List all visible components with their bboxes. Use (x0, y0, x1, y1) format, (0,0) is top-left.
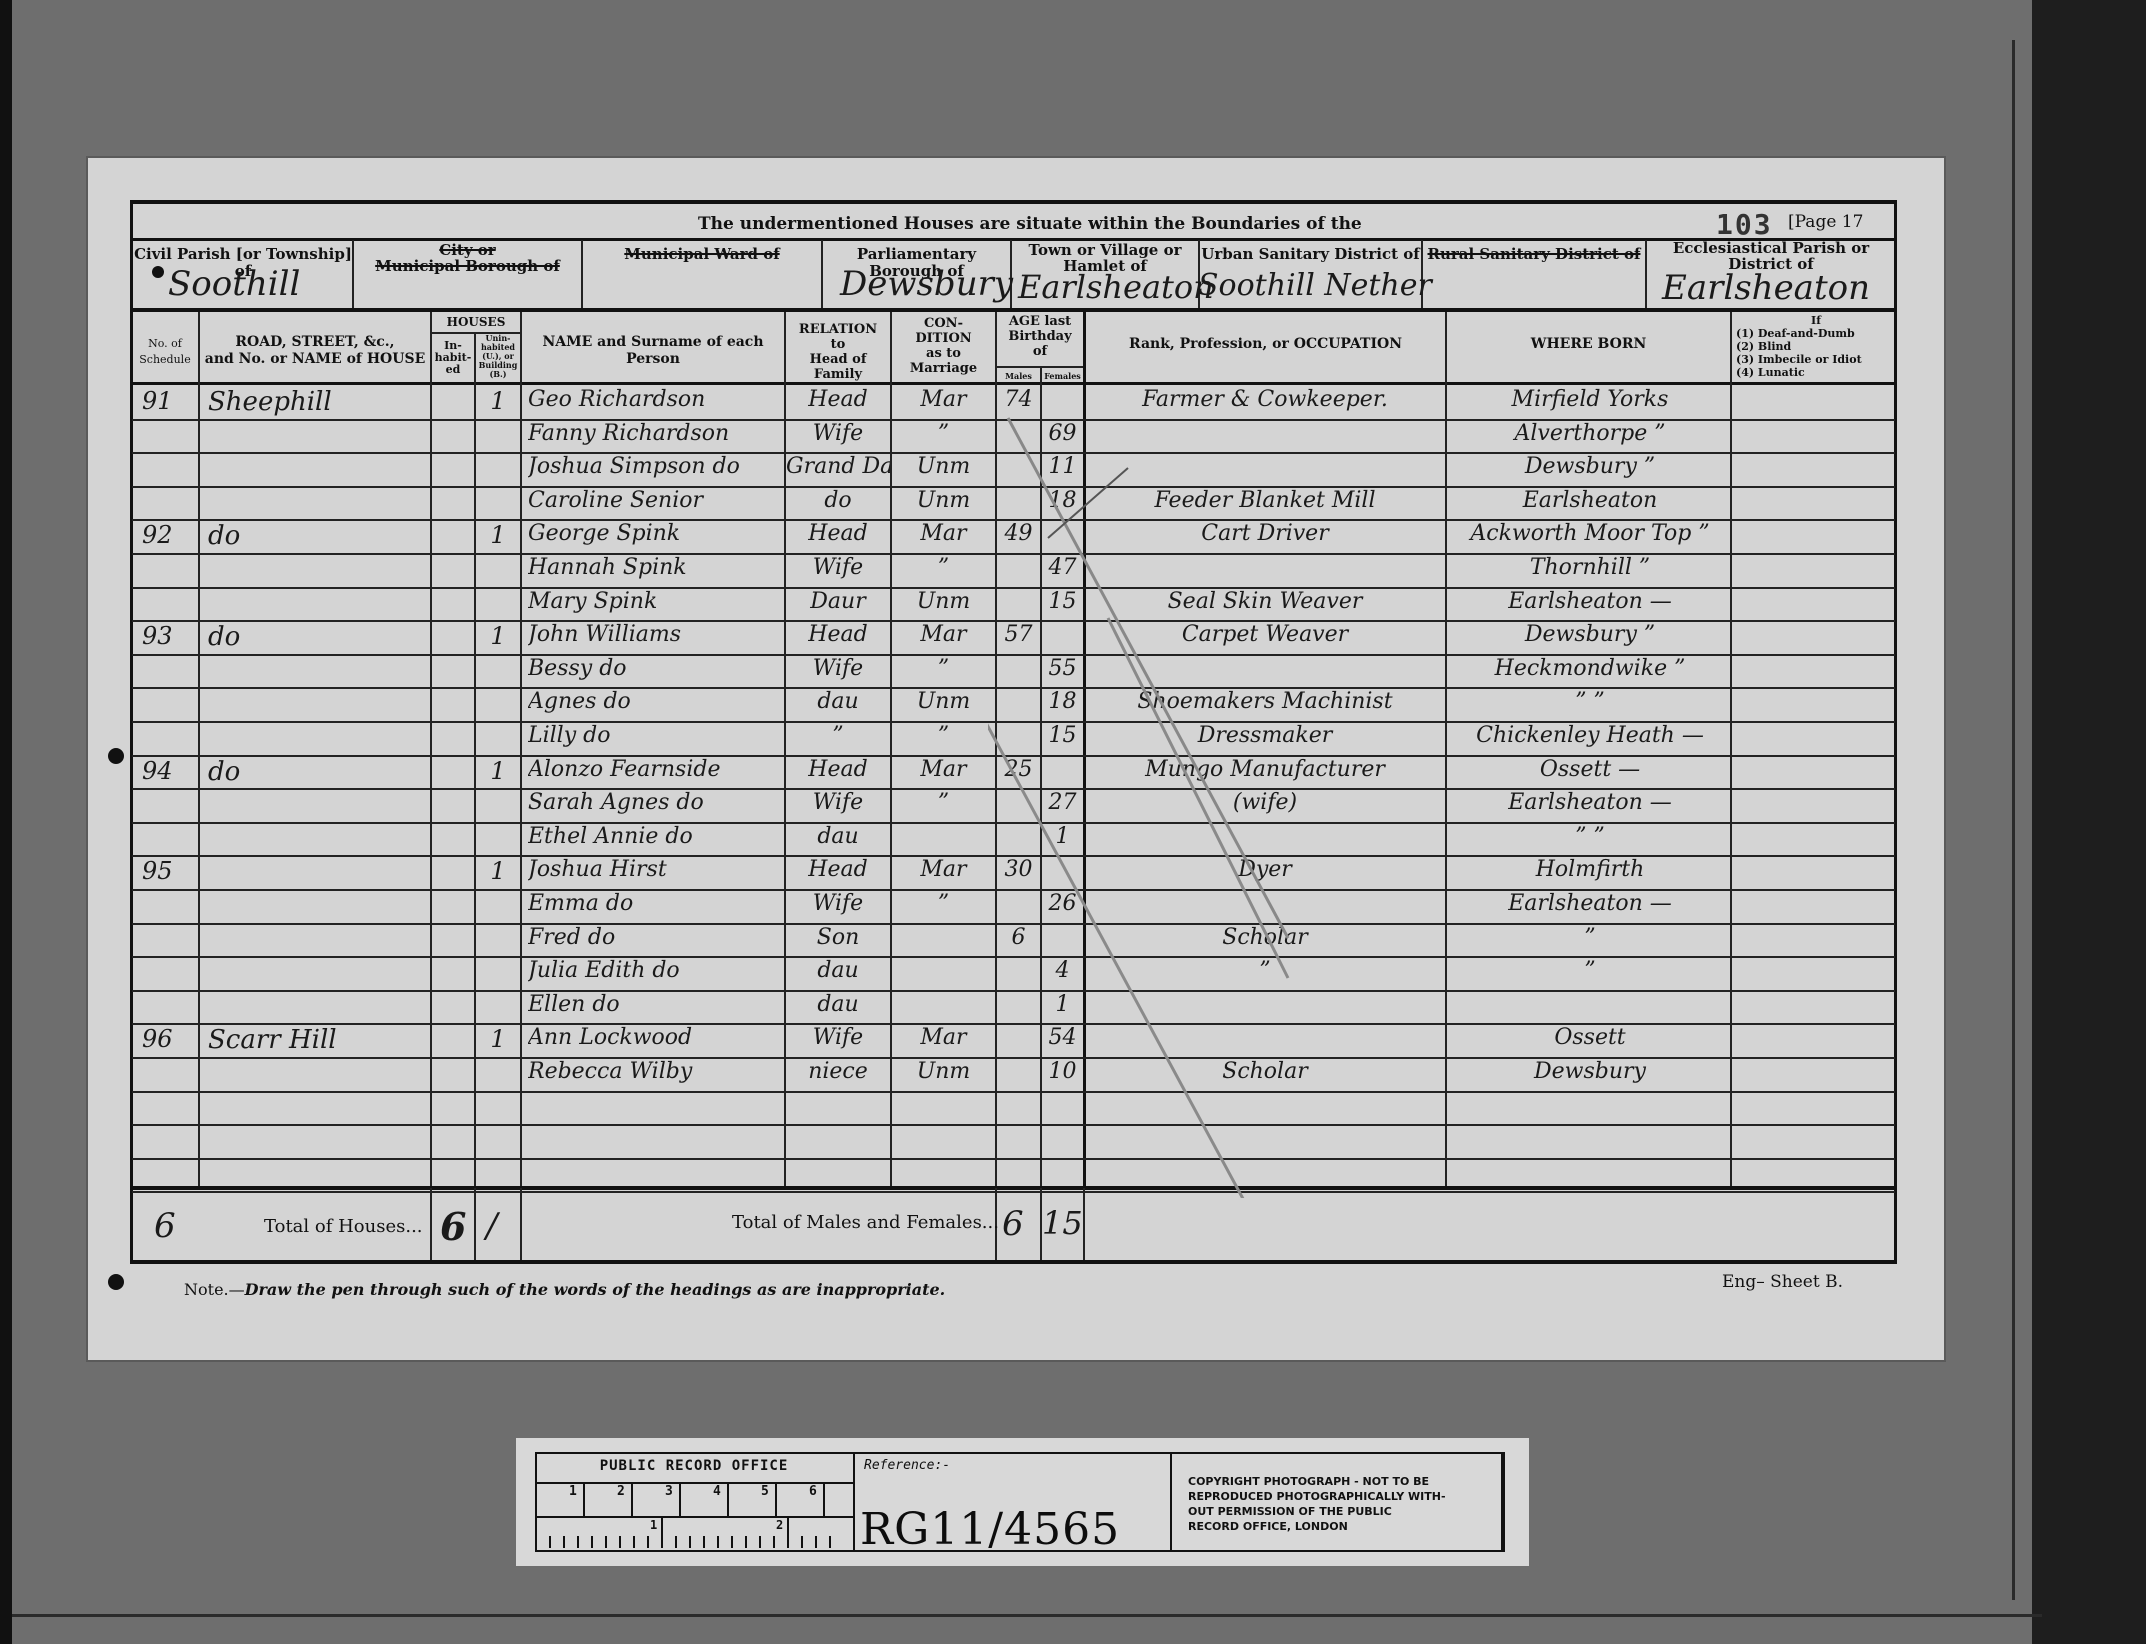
title-row-rule (130, 238, 1897, 241)
cell-name: Ellen do (528, 992, 784, 1017)
col-header-road-l1: ROAD, STREET, &c., (200, 334, 430, 351)
cell-condition: Mar (892, 857, 995, 882)
cell-inhabited: 1 (476, 387, 520, 415)
scale-number: 3 (665, 1484, 673, 1499)
ruler-tick (577, 1536, 579, 1548)
cell-relation: dau (786, 958, 890, 983)
region-parl-borough-value: Dewsbury (840, 264, 1013, 304)
cell-road: do (208, 622, 428, 652)
cell-road: Sheephill (208, 387, 428, 417)
cell-where-born: Earlsheaton — (1450, 790, 1730, 815)
cell-relation: do (786, 488, 890, 513)
ruler-tick (563, 1536, 565, 1548)
ruler-tick (633, 1536, 635, 1548)
col-header-schedule: No. of Schedule (132, 336, 198, 368)
totals-divider (520, 1188, 522, 1260)
region-ward-heading: Municipal Ward of (583, 246, 821, 263)
ruler-tick (759, 1536, 761, 1548)
scale-tick (631, 1484, 633, 1516)
l2: Birthday (997, 329, 1083, 344)
copyright-line: OUT PERMISSION OF THE PUBLIC (1188, 1504, 1446, 1519)
region-town-value: Earlsheaton (1018, 268, 1214, 306)
cell-name: Fred do (528, 925, 784, 950)
scale-number: 5 (761, 1484, 769, 1499)
col-header-condition: CON- DITION as to Marriage (892, 316, 995, 376)
ruler-tick (745, 1536, 747, 1548)
region-rural-sanitary-heading: Rural Sanitary District of (1423, 246, 1645, 263)
cell-relation: Grand Dau (786, 454, 890, 479)
scale-number: 2 (617, 1484, 625, 1499)
l4: Marriage (892, 361, 995, 376)
l5: (B.) (476, 370, 520, 379)
cell-relation: Wife (786, 891, 890, 916)
cell-relation: dau (786, 824, 890, 849)
cell-where-born: Alverthorpe ” (1450, 421, 1730, 446)
ruler-tick (815, 1536, 817, 1548)
ruler-tick (773, 1536, 775, 1548)
scale-number: 1 (569, 1484, 577, 1499)
cell-schedule: 95 (142, 857, 198, 885)
total-houses-uninhabited: / (486, 1206, 497, 1246)
pro-reference-label: PUBLIC RECORD OFFICE 123456 12 Reference… (516, 1438, 1529, 1566)
cell-condition: Mar (892, 387, 995, 412)
cell-condition: ” (892, 555, 995, 580)
cell-road: do (208, 521, 428, 551)
cell-name: Emma do (528, 891, 784, 916)
ink-blot (152, 266, 164, 278)
ruler-tick (829, 1536, 831, 1548)
cell-where-born: Earlsheaton — (1450, 589, 1730, 614)
total-females-value: 15 (1042, 1204, 1083, 1242)
total-males-value: 6 (1002, 1204, 1024, 1244)
cell-relation: Son (786, 925, 890, 950)
col-header-road-l2: and No. or NAME of HOUSE (200, 351, 430, 368)
cell-relation: Head (786, 387, 890, 412)
cell-condition: ” (892, 790, 995, 815)
film-edge-right (2032, 0, 2146, 1644)
punch-hole (108, 1274, 124, 1290)
l4: (3) Imbecile or Idiot (1736, 353, 1896, 366)
cell-where-born: ” (1450, 958, 1730, 983)
cell-schedule: 91 (142, 387, 198, 415)
region-city-heading-2: Municipal Borough of (354, 258, 581, 275)
cell-where-born: Dewsbury ” (1450, 454, 1730, 479)
cell-name: Caroline Senior (528, 488, 784, 513)
copyright-line: RECORD OFFICE, LONDON (1188, 1519, 1446, 1534)
cell-relation: dau (786, 992, 890, 1017)
cell-where-born: Ackworth Moor Top ” (1450, 521, 1730, 546)
ruler-tick (689, 1536, 691, 1548)
l1: AGE last (997, 314, 1083, 329)
ruler-number: 2 (776, 1518, 783, 1532)
region-civil-parish-value: Soothill (168, 264, 300, 304)
col-header-uninhabited: Unin- habited (U.), or Building (B.) (476, 334, 520, 379)
pro-rule (535, 1516, 853, 1518)
total-persons-label: Total of Males and Females... (732, 1212, 999, 1233)
punch-hole (108, 748, 124, 764)
ruler-tick (661, 1518, 663, 1548)
cell-where-born: Ossett — (1450, 757, 1730, 782)
note-text: Draw the pen through such of the words o… (245, 1280, 946, 1299)
total-schedules-value: 6 (154, 1206, 176, 1246)
scale-tick (775, 1484, 777, 1516)
col-header-inhabited: In- habit- ed (432, 340, 474, 376)
l1: CON- (892, 316, 995, 331)
folio-stamp: 103 (1716, 208, 1773, 241)
ruler-tick (591, 1536, 593, 1548)
col-header-relation: RELATION to Head of Family (786, 322, 890, 382)
cell-inhabited: 1 (476, 857, 520, 885)
cell-name: Ann Lockwood (528, 1025, 784, 1050)
cell-where-born: Heckmondwike ” (1450, 656, 1730, 681)
region-eccl-parish-value: Earlsheaton (1662, 268, 1870, 308)
cell-relation: dau (786, 689, 890, 714)
cell-schedule: 93 (142, 622, 198, 650)
cell-name: Sarah Agnes do (528, 790, 784, 815)
cell-condition: Mar (892, 622, 995, 647)
col-header-age: AGE last Birthday of (997, 314, 1083, 359)
cell-relation: Head (786, 757, 890, 782)
cell-condition: Mar (892, 521, 995, 546)
cell-road: do (208, 757, 428, 787)
cell-condition: ” (892, 891, 995, 916)
col-header-occupation: Rank, Profession, or OCCUPATION (1086, 336, 1445, 353)
cell-relation: Head (786, 521, 890, 546)
copyright-line: COPYRIGHT PHOTOGRAPH - NOT TO BE (1188, 1474, 1446, 1489)
l1: RELATION (786, 322, 890, 337)
cell-condition: ” (892, 421, 995, 446)
ruler-tick (619, 1536, 621, 1548)
scale-number: 6 (809, 1484, 817, 1499)
copyright-line: REPRODUCED PHOTOGRAPHICALLY WITH- (1188, 1489, 1446, 1504)
total-houses-inhabited: 6 (440, 1204, 466, 1249)
l2: Person (522, 351, 784, 368)
cell-condition: ” (892, 656, 995, 681)
cell-inhabited: 1 (476, 1025, 520, 1053)
cell-condition: Unm (892, 454, 995, 479)
cell-relation: Head (786, 622, 890, 647)
enumerator-tally-strokes (988, 378, 1488, 1198)
cell-condition: ” (892, 723, 995, 748)
copyright-notice: COPYRIGHT PHOTOGRAPH - NOT TO BE REPRODU… (1188, 1474, 1446, 1534)
cell-condition: Unm (892, 589, 995, 614)
cell-inhabited: 1 (476, 757, 520, 785)
cell-name: Mary Spink (528, 589, 784, 614)
cell-relation: Daur (786, 589, 890, 614)
cell-where-born: Dewsbury ” (1450, 622, 1730, 647)
footnote: Note.—Draw the pen through such of the w… (184, 1280, 945, 1299)
cell-inhabited: 1 (476, 622, 520, 650)
col-header-houses: HOUSES (432, 316, 520, 328)
col-header-schedule-l2: Schedule (132, 352, 198, 368)
col-header-where-born: WHERE BORN (1447, 336, 1730, 353)
mount-border-right (2012, 40, 2015, 1600)
totals-divider (474, 1188, 476, 1260)
l2: (1) Deaf-and-Dumb (1736, 327, 1896, 340)
cell-where-born: Dewsbury (1450, 1059, 1730, 1084)
mount-border-bottom (12, 1614, 2042, 1617)
cell-name: Joshua Hirst (528, 857, 784, 882)
col-header-schedule-l1: No. of (132, 336, 198, 352)
totals-divider (1083, 1188, 1085, 1260)
page-number: [Page 17 (1788, 212, 1863, 232)
cell-where-born: ” ” (1450, 824, 1730, 849)
cell-where-born: ” (1450, 925, 1730, 950)
sheet-label: Eng– Sheet B. (1722, 1272, 1843, 1292)
scale-tick (679, 1484, 681, 1516)
cell-name: Hannah Spink (528, 555, 784, 580)
cell-condition: Mar (892, 757, 995, 782)
cell-relation: Wife (786, 1025, 890, 1050)
col-header-infirmity: If (1) Deaf-and-Dumb (2) Blind (3) Imbec… (1736, 314, 1896, 379)
cell-where-born: Holmfirth (1450, 857, 1730, 882)
film-edge-left (0, 0, 12, 1644)
cell-name: Fanny Richardson (528, 421, 784, 446)
l1: NAME and Surname of each (522, 334, 784, 351)
cell-name: Joshua Simpson do (528, 454, 784, 479)
l3: as to (892, 346, 995, 361)
scale-tick (583, 1484, 585, 1516)
ruler-tick (647, 1536, 649, 1548)
cell-name: George Spink (528, 521, 784, 546)
cell-name: Julia Edith do (528, 958, 784, 983)
ruler-tick (605, 1536, 607, 1548)
l3: ed (432, 364, 474, 376)
l3: (2) Blind (1736, 340, 1896, 353)
cell-relation: Wife (786, 656, 890, 681)
l3: Head of Family (786, 352, 890, 382)
col-header-road: ROAD, STREET, &c., and No. or NAME of HO… (200, 334, 430, 368)
scale-tick (727, 1484, 729, 1516)
region-urban-sanitary-value: Soothill Nether (1198, 268, 1432, 303)
cell-name: Bessy do (528, 656, 784, 681)
cell-condition: Unm (892, 689, 995, 714)
cell-where-born: Chickenley Heath — (1450, 723, 1730, 748)
ruler-tick (731, 1536, 733, 1548)
totals-divider (430, 1188, 432, 1260)
cell-name: Lilly do (528, 723, 784, 748)
cell-name: Geo Richardson (528, 387, 784, 412)
age-subrule (995, 366, 1083, 368)
cell-where-born: Earlsheaton (1450, 488, 1730, 513)
ruler-tick (703, 1536, 705, 1548)
cell-where-born: Ossett (1450, 1025, 1730, 1050)
region-row-rule (130, 308, 1897, 312)
ruler-number: 1 (650, 1518, 657, 1532)
cell-where-born: ” ” (1450, 689, 1730, 714)
l1: If (1736, 314, 1896, 327)
cell-condition: Unm (892, 1059, 995, 1084)
l2: DITION (892, 331, 995, 346)
cell-where-born: Mirfield Yorks (1450, 387, 1730, 412)
cell-schedule: 92 (142, 521, 198, 549)
ruler-tick (787, 1518, 789, 1548)
cell-schedule: 94 (142, 757, 198, 785)
cell-relation: ” (786, 723, 890, 748)
cell-road: Scarr Hill (208, 1025, 428, 1055)
cell-where-born: Earlsheaton — (1450, 891, 1730, 916)
cell-relation: Wife (786, 790, 890, 815)
cell-name: John Williams (528, 622, 784, 647)
note-prefix: Note.— (184, 1280, 245, 1299)
census-enumeration-page: The undermentioned Houses are situate wi… (88, 158, 1944, 1360)
l2: to (786, 337, 890, 352)
cell-name: Rebecca Wilby (528, 1059, 784, 1084)
frame-top (130, 200, 1897, 204)
ruler-tick (675, 1536, 677, 1548)
reference-label: Reference:- (864, 1458, 950, 1473)
scale-number: 4 (713, 1484, 721, 1499)
cell-name: Alonzo Fearnside (528, 757, 784, 782)
cell-name: Ethel Annie do (528, 824, 784, 849)
cell-name: Agnes do (528, 689, 784, 714)
col-header-name: NAME and Surname of each Person (522, 334, 784, 368)
cell-inhabited: 1 (476, 521, 520, 549)
cell-relation: Head (786, 857, 890, 882)
cell-relation: Wife (786, 555, 890, 580)
total-houses-label: Total of Houses... (264, 1216, 423, 1237)
cell-condition: Unm (892, 488, 995, 513)
cell-schedule: 96 (142, 1025, 198, 1053)
boundaries-title: The undermentioned Houses are situate wi… (698, 214, 1362, 234)
scale-tick (823, 1484, 825, 1516)
region-urban-sanitary-heading: Urban Sanitary District of (1200, 246, 1421, 263)
cell-relation: niece (786, 1059, 890, 1084)
pro-office-title: PUBLIC RECORD OFFICE (536, 1458, 852, 1474)
reference-value: RG11/4565 (860, 1504, 1120, 1555)
ruler-tick (801, 1536, 803, 1548)
ruler-tick (549, 1536, 551, 1548)
frame-bottom (130, 1260, 1897, 1264)
l5: (4) Lunatic (1736, 366, 1896, 379)
cell-relation: Wife (786, 421, 890, 446)
l3: of (997, 344, 1083, 359)
cell-where-born: Thornhill ” (1450, 555, 1730, 580)
cell-condition: Mar (892, 1025, 995, 1050)
ruler-tick (717, 1536, 719, 1548)
